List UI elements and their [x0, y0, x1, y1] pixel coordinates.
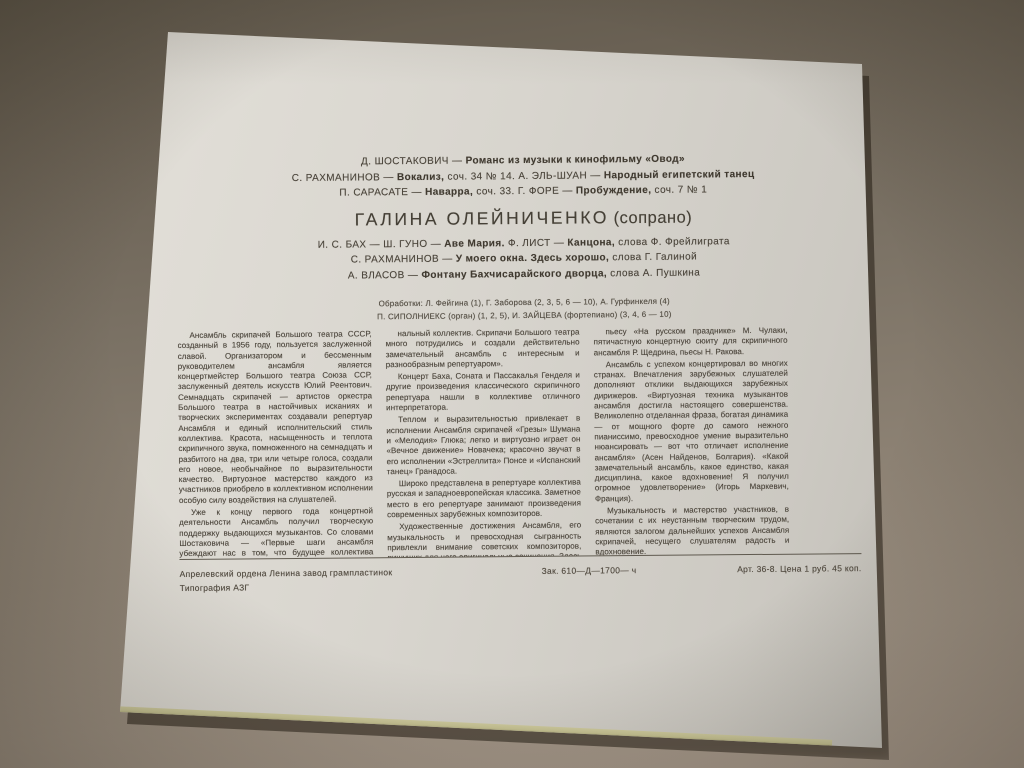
artist-title: ГАЛИНА ОЛЕЙНИЧЕНКО (сопрано): [223, 205, 823, 231]
composer-name: соч. 33. Г. ФОРЕ —: [473, 186, 576, 198]
liner-notes-paragraph: Художественные достижения Ансамбля, его …: [387, 521, 581, 559]
composer-name: А. ВЛАСОВ —: [348, 269, 422, 281]
work-title: Народный египетский танец: [604, 168, 755, 180]
work-title: У моего окна. Здесь хорошо,: [456, 252, 609, 264]
liner-notes-paragraph: Уже к концу первого года концертной деят…: [179, 506, 374, 559]
imprint-row: Апрелевский ордена Ленина завод грамплас…: [180, 559, 862, 595]
program-header: Д. ШОСТАКОВИЧ — Романс из музыки к киноф…: [223, 150, 824, 324]
liner-notes-paragraph: Теплом и выразительностью привлекает в и…: [386, 414, 581, 477]
liner-notes-column-1: Ансамбль скрипачей Большого театра СССР,…: [177, 329, 373, 559]
composer-name: П. САРАСАТЕ —: [339, 187, 425, 199]
printer-line: Типография АЗГ: [180, 579, 393, 595]
record-sleeve-back: Д. ШОСТАКОВИЧ — Романс из музыки к киноф…: [95, 10, 895, 755]
composer-name: С. РАХМАНИНОВ —: [292, 172, 397, 184]
work-title: Наварра,: [425, 186, 473, 197]
composer-name: С. РАХМАНИНОВ —: [351, 254, 456, 266]
work-title: Фонтану Бахчисарайского дворца,: [421, 268, 607, 281]
work-title: Романс из музыки к кинофильму «Овод»: [466, 154, 685, 167]
credits-lines: Обработки: Л. Фейгина (1), Г. Заборова (…: [224, 293, 824, 324]
composer-name: соч. 34 № 14. А. ЭЛЬ-ШУАН —: [444, 170, 604, 182]
order-number: Зак. 610—Д—1700— ч: [542, 563, 637, 578]
liner-notes-paragraph: нальный коллектив. Скрипачи Большого теа…: [385, 328, 579, 371]
composer-name: слова Г. Галиной: [609, 251, 697, 263]
liner-notes-column-3: пьесу «На русском празднике» М. Чулаки, …: [593, 326, 789, 556]
liner-notes-column-2: нальный коллектив. Скрипачи Большого теа…: [385, 328, 581, 558]
work-title: Вокализ,: [397, 171, 444, 182]
composer-name: Ф. ЛИСТ —: [505, 237, 568, 249]
liner-notes-paragraph: Ансамбль скрипачей Большого театра СССР,…: [177, 329, 373, 506]
artist-name: ГАЛИНА ОЛЕЙНИЧЕНКО: [355, 207, 610, 229]
publisher-line: Апрелевский ордена Ленина завод грамплас…: [180, 565, 393, 581]
printed-area: Д. ШОСТАКОВИЧ — Романс из музыки к киноф…: [92, 7, 898, 759]
composer-name: Д. ШОСТАКОВИЧ —: [361, 156, 466, 168]
publisher-block: Апрелевский ордена Ленина завод грамплас…: [180, 565, 393, 595]
price-article: Арт. 36-8. Цена 1 руб. 45 коп.: [737, 561, 862, 576]
composer-name: слова Ф. Фрейлиграта: [615, 236, 730, 248]
work-title: Канцона,: [567, 237, 615, 248]
liner-notes-paragraph: Ансамбль с успехом концертировал во мног…: [594, 359, 789, 505]
voice-type: (сопрано): [613, 208, 692, 227]
liner-notes-paragraph: пьесу «На русском празднике» М. Чулаки, …: [593, 326, 787, 359]
program-main-lines: И. С. БАХ — Ш. ГУНО — Аве Мария. Ф. ЛИСТ…: [224, 233, 824, 285]
liner-notes: Ансамбль скрипачей Большого театра СССР,…: [177, 326, 789, 559]
liner-notes-paragraph: Концерт Баха, Соната и Пассакалья Гендел…: [386, 371, 580, 414]
program-top-lines: Д. ШОСТАКОВИЧ — Романс из музыки к киноф…: [223, 150, 823, 202]
liner-notes-paragraph: Музыкальность и мастерство участников, в…: [595, 505, 789, 558]
composer-name: И. С. БАХ — Ш. ГУНО —: [318, 238, 445, 250]
composer-name: слова А. Пушкина: [607, 267, 700, 279]
composer-name: соч. 7 № 1: [651, 184, 707, 195]
work-title: Пробуждение,: [576, 185, 652, 197]
photo-of-record-sleeve-back: { "photo": { "desk_top_color": "#5f574a"…: [0, 0, 1024, 768]
liner-notes-paragraph: Широко представлена в репертуаре коллект…: [387, 478, 581, 521]
work-title: Аве Мария.: [444, 238, 505, 250]
